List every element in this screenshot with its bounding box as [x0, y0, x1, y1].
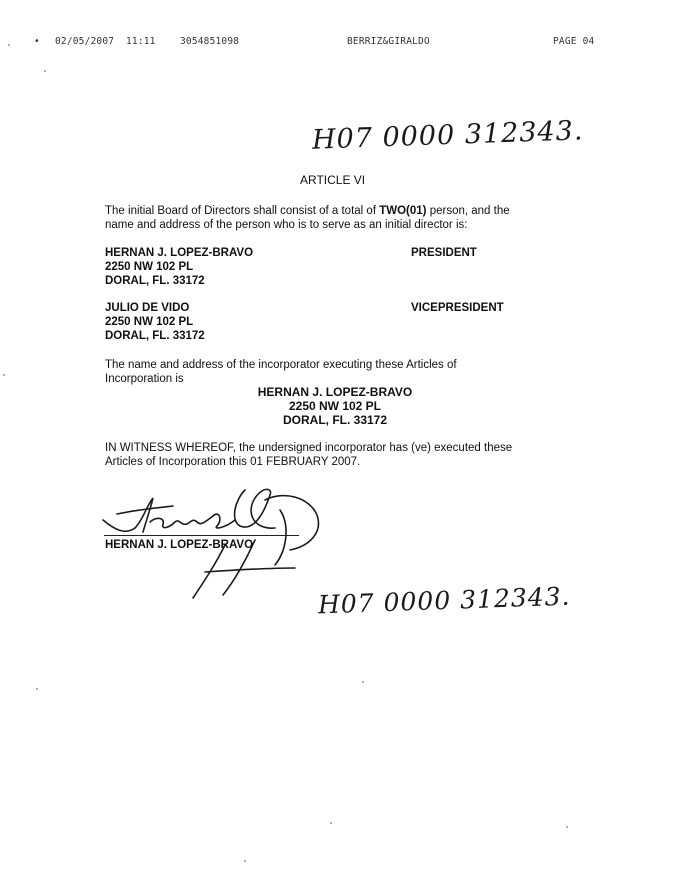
witness-paragraph: IN WITNESS WHEREOF, the undersigned inco… — [105, 441, 575, 469]
director-2-title: VICEPRESIDENT — [411, 301, 504, 315]
incorporator-intro-line-1: The name and address of the incorporator… — [105, 358, 575, 372]
fax-page-number: PAGE 04 — [553, 36, 594, 47]
scan-speck — [362, 681, 364, 683]
director-name: HERNAN J. LOPEZ-BRAVO — [105, 246, 253, 260]
director-2-block: JULIO DE VIDO 2250 NW 102 PL DORAL, FL. … — [105, 301, 205, 343]
director-address-line-1: 2250 NW 102 PL — [105, 315, 205, 329]
director-address-line-2: DORAL, FL. 33172 — [105, 329, 205, 343]
director-1-block: HERNAN J. LOPEZ-BRAVO 2250 NW 102 PL DOR… — [105, 246, 253, 288]
handwritten-signature — [95, 480, 345, 600]
board-intro-line-2: name and address of the person who is to… — [105, 218, 575, 232]
witness-line-1: IN WITNESS WHEREOF, the undersigned inco… — [105, 441, 575, 455]
scan-speck — [8, 44, 10, 46]
scan-speck — [36, 688, 38, 690]
incorporator-address-line-1: 2250 NW 102 PL — [200, 399, 470, 413]
director-address-line-2: DORAL, FL. 33172 — [105, 274, 253, 288]
article-title: ARTICLE VI — [300, 173, 365, 187]
incorporator-address-line-2: DORAL, FL. 33172 — [200, 413, 470, 427]
incorporator-name: HERNAN J. LOPEZ-BRAVO — [200, 385, 470, 399]
incorporator-intro-paragraph: The name and address of the incorporator… — [105, 358, 575, 386]
witness-line-2: Articles of Incorporation this 01 FEBRUA… — [105, 455, 575, 469]
board-intro-line-1: The initial Board of Directors shall con… — [105, 204, 575, 218]
fax-marker: • — [34, 36, 40, 47]
incorporator-block: HERNAN J. LOPEZ-BRAVO 2250 NW 102 PL DOR… — [200, 385, 470, 427]
director-1-title: PRESIDENT — [411, 246, 477, 260]
fax-sender: BERRIZ&GIRALDO — [347, 36, 430, 47]
fax-header: • 02/05/2007 11:11 3054851098 BERRIZ&GIR… — [0, 36, 674, 50]
scan-speck — [330, 822, 332, 824]
fax-phone: 3054851098 — [180, 36, 239, 47]
board-intro-paragraph: The initial Board of Directors shall con… — [105, 204, 575, 232]
incorporator-intro-line-2: Incorporation is — [105, 372, 575, 386]
scan-speck — [244, 860, 246, 862]
handwritten-document-number-bottom: H07 0000 312343. — [318, 582, 571, 620]
director-count: TWO(01) — [379, 205, 426, 217]
director-name: JULIO DE VIDO — [105, 301, 205, 315]
director-address-line-1: 2250 NW 102 PL — [105, 260, 253, 274]
handwritten-document-number-top: H07 0000 312343. — [312, 115, 584, 155]
fax-date: 02/05/2007 — [55, 36, 114, 47]
scan-speck — [3, 374, 5, 376]
scan-speck — [566, 826, 568, 828]
scan-speck — [44, 70, 46, 72]
fax-time: 11:11 — [126, 36, 156, 47]
